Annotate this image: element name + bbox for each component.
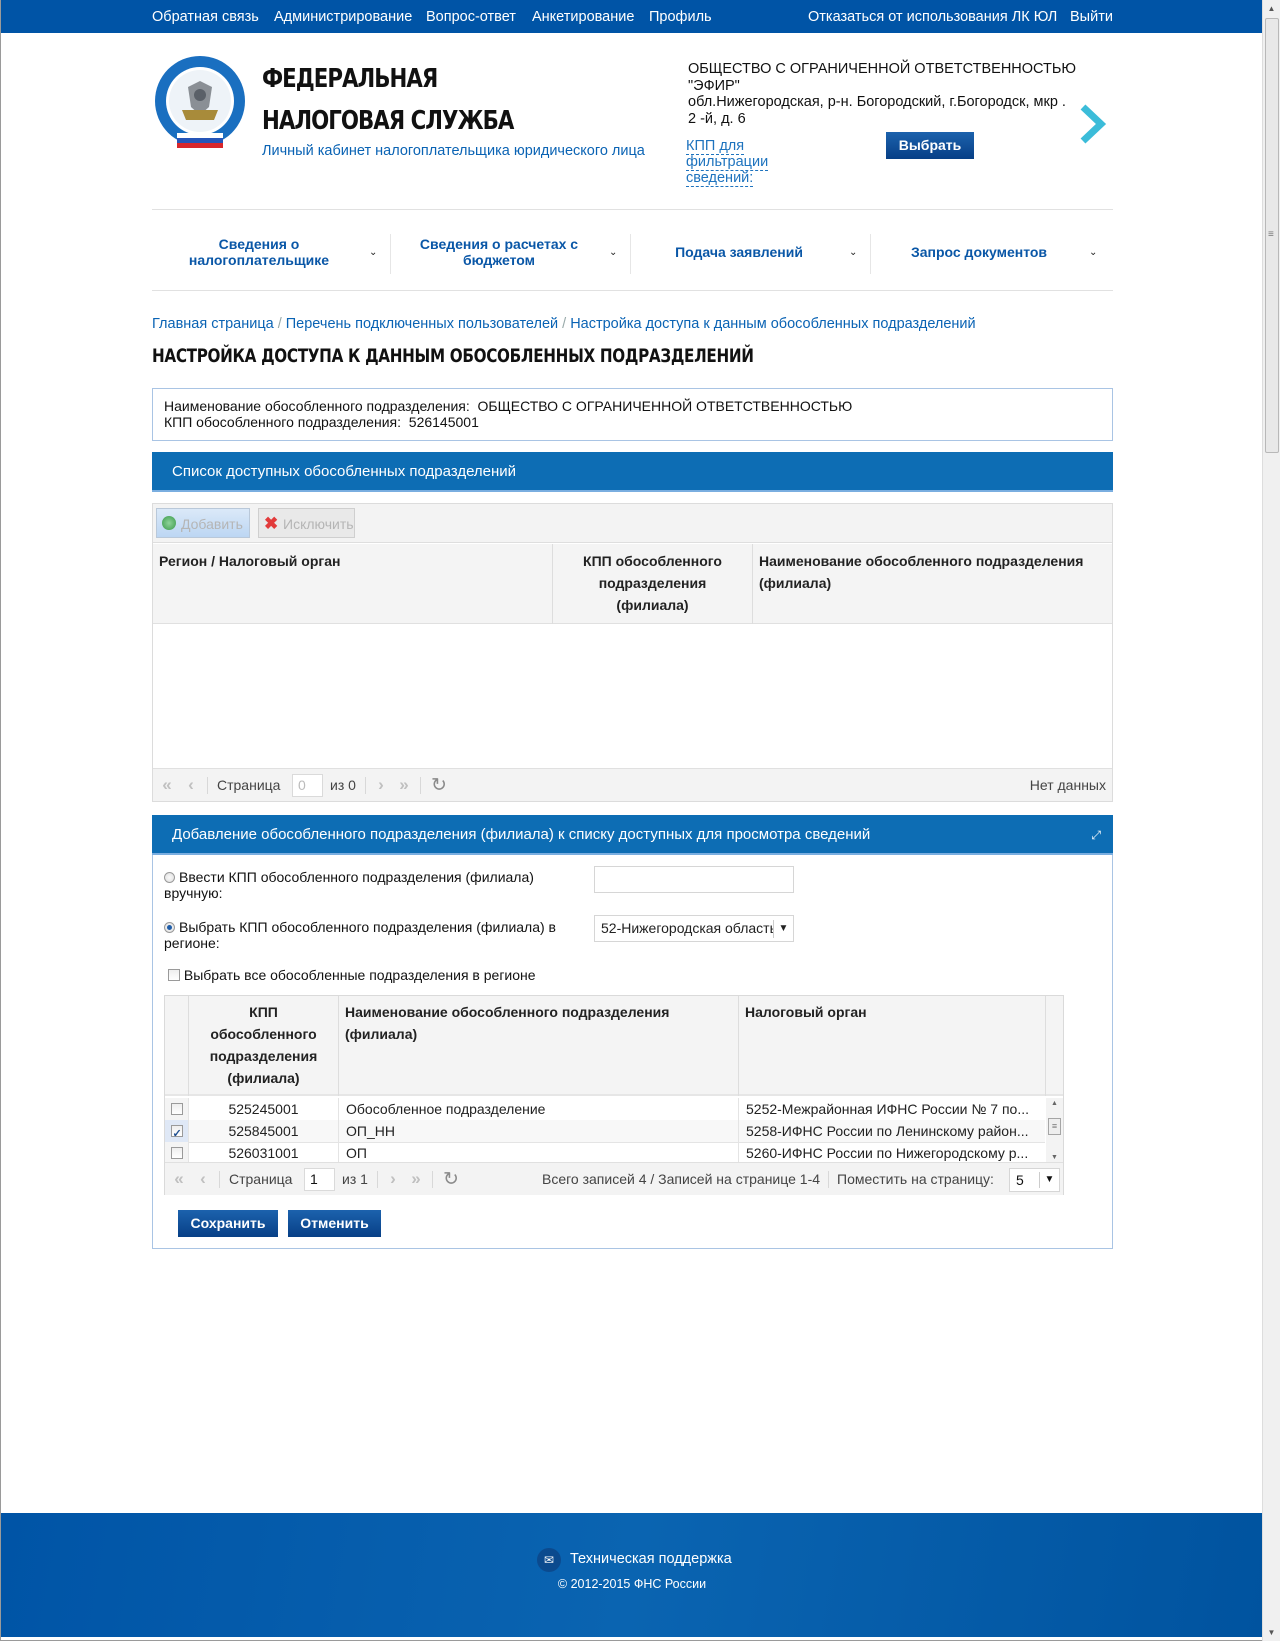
nav-taxpayer-info[interactable]: Сведения о налогоплательщике ⌄ xyxy=(161,232,391,272)
row-checkbox[interactable] xyxy=(171,1103,183,1115)
grid-body: 525245001Обособленное подразделение5252-… xyxy=(165,1098,1045,1163)
envelope-icon[interactable]: ✉ xyxy=(537,1548,561,1572)
column-region[interactable]: Регион / Налоговый орган xyxy=(153,544,553,624)
organization-name: ОБЩЕСТВО С ОГРАНИЧЕННОЙ ОТВЕТСТВЕННОСТЬЮ… xyxy=(688,61,1078,94)
plus-circle-icon xyxy=(162,516,176,530)
page-title: НАСТРОЙКА ДОСТУПА К ДАННЫМ ОБОСОБЛЕННЫХ … xyxy=(152,345,754,367)
grid-pager: « ‹ Страница 0 из 0 › » ↻ Нет данных xyxy=(153,768,1112,801)
select-all-row[interactable]: Выбрать все обособленные подразделения в… xyxy=(168,967,536,983)
cell-name: ОП_НН xyxy=(339,1120,739,1143)
row-checkbox-cell xyxy=(165,1120,189,1143)
choose-button[interactable]: Выбрать xyxy=(886,132,974,159)
footer: ✉ Техническая поддержка © 2012-2015 ФНС … xyxy=(1,1513,1262,1637)
prev-page-icon[interactable]: ‹ xyxy=(181,774,201,796)
records-summary: Всего записей 4 / Записей на странице 1-… xyxy=(542,1171,820,1187)
add-button[interactable]: Добавить xyxy=(156,508,250,538)
nav-budget-settlements[interactable]: Сведения о расчетах с бюджетом ⌄ xyxy=(399,232,629,272)
remove-button[interactable]: ✖ Исключить xyxy=(258,508,355,538)
column-name[interactable]: Наименование обособленного подразделения… xyxy=(339,996,739,1096)
table-row[interactable]: 526031001ОП5260-ИФНС России по Нижегород… xyxy=(165,1142,1045,1163)
refresh-icon[interactable]: ↻ xyxy=(431,774,447,797)
organization-info: ОБЩЕСТВО С ОГРАНИЧЕННОЙ ОТВЕТСТВЕННОСТЬЮ… xyxy=(688,61,1078,127)
available-subdivisions-grid: Добавить ✖ Исключить Регион / Налоговый … xyxy=(152,503,1113,802)
available-list-header: Список доступных обособленных подразделе… xyxy=(152,452,1113,492)
radio-region-kpp[interactable]: Выбрать КПП обособленного подразделения … xyxy=(164,919,564,951)
organization-address: обл.Нижегородская, р-н. Богородский, г.Б… xyxy=(688,94,1078,127)
browser-viewport: Обратная связь Администрирование Вопрос-… xyxy=(0,0,1262,1641)
radio-manual[interactable] xyxy=(164,872,175,883)
row-checkbox-cell xyxy=(165,1098,189,1121)
radio-region[interactable] xyxy=(164,922,175,933)
subdivision-name: ОБЩЕСТВО С ОГРАНИЧЕННОЙ ОТВЕТСТВЕННОСТЬЮ xyxy=(478,398,853,414)
copyright: © 2012-2015 ФНС России xyxy=(1,1577,1262,1591)
column-kpp[interactable]: КПП обособленного подразделения (филиала… xyxy=(553,544,753,624)
save-button[interactable]: Сохранить xyxy=(178,1210,278,1237)
top-bar: Обратная связь Администрирование Вопрос-… xyxy=(1,0,1262,33)
subdivision-info-box: Наименование обособленного подразделения… xyxy=(152,388,1113,441)
region-subdivisions-grid: КПП обособленного подразделения (филиала… xyxy=(164,995,1064,1195)
link-survey[interactable]: Анкетирование xyxy=(532,9,634,25)
link-opt-out[interactable]: Отказаться от использования ЛК ЮЛ xyxy=(808,9,1057,25)
chevron-right-icon[interactable] xyxy=(1079,104,1107,144)
link-feedback[interactable]: Обратная связь xyxy=(152,9,259,25)
grid-scrollbar[interactable]: ▲ ≡ ▼ xyxy=(1046,1098,1063,1163)
refresh-icon[interactable]: ↻ xyxy=(443,1168,459,1191)
nav-applications[interactable]: Подача заявлений ⌄ xyxy=(639,232,869,272)
cancel-button[interactable]: Отменить xyxy=(288,1210,381,1237)
breadcrumb: Главная страница/Перечень подключенных п… xyxy=(152,316,976,332)
cell-tax-office: 5258-ИФНС России по Ленинскому район... xyxy=(739,1120,1045,1143)
grid-header: КПП обособленного подразделения (филиала… xyxy=(165,996,1063,1096)
cell-tax-office: 5260-ИФНС России по Нижегородскому р... xyxy=(739,1142,1045,1163)
region-select[interactable]: 52-Нижегородская область ▼ xyxy=(594,915,794,942)
chevron-down-icon: ▼ xyxy=(1039,1172,1059,1188)
subdivision-kpp: 526145001 xyxy=(409,414,479,430)
grid-toolbar: Добавить ✖ Исключить xyxy=(153,504,1112,543)
fns-emblem-logo[interactable] xyxy=(152,55,248,151)
table-row[interactable]: 525245001Обособленное подразделение5252-… xyxy=(165,1098,1045,1121)
cell-name: Обособленное подразделение xyxy=(339,1098,739,1121)
chevron-down-icon: ⌄ xyxy=(1089,247,1097,258)
chevron-down-icon: ⌄ xyxy=(609,247,617,258)
prev-page-icon[interactable]: ‹ xyxy=(193,1168,213,1190)
last-page-icon[interactable]: » xyxy=(406,1168,426,1190)
brand-title-line1: ФЕДЕРАЛЬНАЯ xyxy=(262,64,437,94)
expand-icon[interactable]: ⤢ xyxy=(1091,815,1101,855)
link-logout[interactable]: Выйти xyxy=(1070,9,1113,25)
support-link[interactable]: Техническая поддержка xyxy=(570,1551,732,1567)
select-all-checkbox[interactable] xyxy=(168,969,180,981)
column-kpp[interactable]: КПП обособленного подразделения (филиала… xyxy=(189,996,339,1096)
per-page-select[interactable]: 5 ▼ xyxy=(1009,1168,1060,1192)
chevron-down-icon: ⌄ xyxy=(369,247,377,258)
page-scrollbar[interactable]: ▲ ▼ xyxy=(1262,0,1280,1641)
divider xyxy=(152,290,1113,291)
page-input[interactable]: 1 xyxy=(304,1168,335,1191)
page-input[interactable]: 0 xyxy=(292,774,323,797)
first-page-icon[interactable]: « xyxy=(157,774,177,796)
scroll-thumb[interactable] xyxy=(1265,18,1279,453)
row-checkbox[interactable] xyxy=(171,1147,183,1159)
scroll-up-icon[interactable]: ▲ xyxy=(1263,0,1280,17)
divider xyxy=(152,209,1113,210)
kpp-filter-link[interactable]: КПП для фильтрации сведений: xyxy=(686,138,829,186)
brand-title-line2: НАЛОГОВАЯ СЛУЖБА xyxy=(262,106,513,136)
link-faq[interactable]: Вопрос-ответ xyxy=(426,9,516,25)
scroll-up-icon[interactable]: ▲ xyxy=(1046,1100,1063,1107)
last-page-icon[interactable]: » xyxy=(394,774,414,796)
column-tax-office[interactable]: Налоговый орган xyxy=(739,996,1046,1096)
brand-subtitle: Личный кабинет налогоплательщика юридиче… xyxy=(262,143,645,159)
next-page-icon[interactable]: › xyxy=(383,1168,403,1190)
row-checkbox[interactable] xyxy=(171,1125,183,1137)
manual-kpp-input[interactable] xyxy=(594,866,794,893)
breadcrumb-home[interactable]: Главная страница xyxy=(152,316,274,332)
cell-kpp: 526031001 xyxy=(189,1142,339,1163)
next-page-icon[interactable]: › xyxy=(371,774,391,796)
add-subdivision-header: Добавление обособленного подразделения (… xyxy=(152,815,1113,855)
add-subdivision-form: Ввести КПП обособленного подразделения (… xyxy=(152,855,1113,1249)
breadcrumb-users[interactable]: Перечень подключенных пользователей xyxy=(286,316,558,332)
grid-pager: « ‹ Страница 1 из 1 › » ↻ Всего записей … xyxy=(165,1162,1063,1195)
cell-kpp: 525845001 xyxy=(189,1120,339,1143)
grid-header: Регион / Налоговый орган КПП обособленно… xyxy=(153,544,1112,624)
scroll-thumb[interactable]: ≡ xyxy=(1048,1118,1061,1135)
link-administration[interactable]: Администрирование xyxy=(274,9,412,25)
row-checkbox-cell xyxy=(165,1142,189,1163)
table-row[interactable]: 525845001ОП_НН5258-ИФНС России по Ленинс… xyxy=(165,1120,1045,1143)
scroll-down-icon[interactable]: ▼ xyxy=(1263,1624,1280,1641)
scroll-down-icon[interactable]: ▼ xyxy=(1046,1154,1063,1161)
cell-kpp: 525245001 xyxy=(189,1098,339,1121)
breadcrumb-current[interactable]: Настройка доступа к данным обособленных … xyxy=(570,316,975,332)
cell-tax-office: 5252-Межрайонная ИФНС России № 7 по... xyxy=(739,1098,1045,1121)
red-x-icon: ✖ xyxy=(264,517,278,531)
column-name[interactable]: Наименование обособленного подразделения… xyxy=(753,544,1112,624)
radio-manual-kpp[interactable]: Ввести КПП обособленного подразделения (… xyxy=(164,869,564,901)
nav-document-requests[interactable]: Запрос документов ⌄ xyxy=(879,232,1109,272)
cell-name: ОП xyxy=(339,1142,739,1163)
chevron-down-icon: ⌄ xyxy=(849,247,857,258)
first-page-icon[interactable]: « xyxy=(169,1168,189,1190)
link-profile[interactable]: Профиль xyxy=(649,9,712,25)
pager-status: Нет данных xyxy=(1030,777,1106,793)
chevron-down-icon: ▼ xyxy=(773,920,793,938)
